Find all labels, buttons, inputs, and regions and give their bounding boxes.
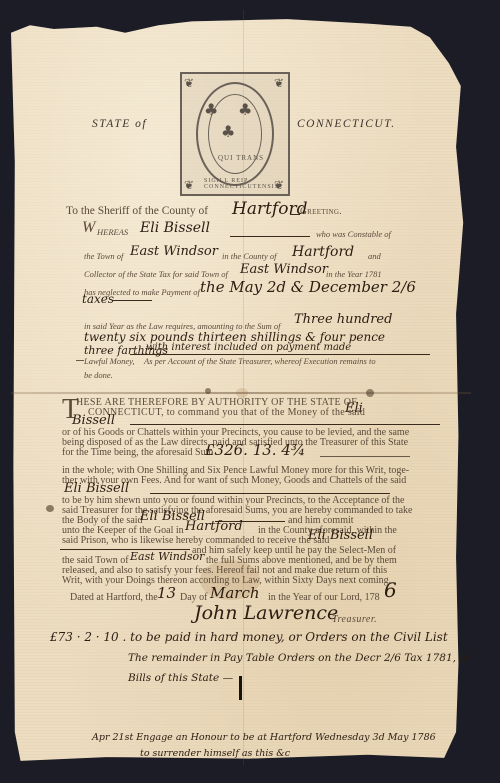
ink-mark [239, 676, 242, 700]
dated-day: 13 [157, 584, 176, 602]
whereas-and: and [368, 250, 381, 262]
whereas-payment-of: the May 2d & December 2/6 [200, 278, 416, 296]
endorsement-line-1: Apr 21st Engage an Honour to be at Hartf… [92, 732, 436, 743]
seal-motto: SIGILL REIP CONNECTICUTENSIS [204, 178, 288, 190]
command-line-2: CONNECTICUT, to command you that of the … [88, 407, 365, 419]
grapevine-icon: ♣ [221, 122, 235, 141]
sum-lawful-money: Lawful Money, [84, 355, 135, 367]
greeting-county: Hartford [232, 199, 307, 219]
treasurer-title: Treasurer. [332, 614, 377, 626]
header-state-of: STATE of [92, 118, 147, 130]
whereas-county-prefix: in the County of [222, 250, 277, 262]
dated-year-digit: 6 [384, 578, 397, 602]
whereas-taxes: taxes [82, 292, 114, 306]
grapevine-icon: ♣ [204, 100, 218, 119]
command-line-5: for the Time being, the aforesaid Sum [62, 447, 213, 459]
rule [130, 424, 440, 425]
whereas-county: Hartford [292, 244, 354, 260]
sum-words-1: Three hundred [294, 312, 392, 327]
whereas-collector-town: East Windsor [240, 262, 328, 277]
greeting-suffix: Greeting. [300, 206, 342, 218]
state-seal: ♣ ♣ ♣ ❦ ❦ ❦ ❦ QUI TRANS SIGILL REIP CONN… [180, 72, 290, 196]
whereas-town-prefix: the Town of [84, 250, 123, 262]
scroll-ornament-icon: ❦ [184, 76, 194, 90]
sum-interest-note: with interest included on payment made [146, 342, 351, 353]
whereas-constable: who was Constable of [316, 228, 391, 240]
rule [320, 456, 410, 457]
rule [76, 360, 84, 361]
command-goal-town: Hartford [185, 519, 243, 534]
stain [205, 388, 211, 394]
dated-prefix: Dated at Hartford, the [70, 592, 158, 604]
command-name-1: Eli [345, 401, 363, 416]
command-town: East Windsor [130, 550, 204, 563]
greeting-prefix: To the Sheriff of the County of [66, 205, 208, 217]
annotation-line-2: The remainder in Pay Table Orders on the… [128, 652, 471, 664]
annotation-line-1: £73 · 2 · 10 . to be paid in hard money,… [50, 630, 448, 644]
endorsement-line-2: to surrender himself as this &c [140, 748, 290, 759]
sum-account: As per Account of the State Treasurer, w… [144, 355, 376, 367]
stain [46, 505, 54, 512]
treasurer-signature: John Lawrence [194, 602, 338, 624]
rule [290, 214, 300, 215]
rule [150, 493, 390, 494]
command-name-2: Bissell [72, 413, 115, 428]
stain [366, 389, 374, 397]
seal-banner: QUI TRANS [218, 154, 264, 162]
grapevine-icon: ♣ [238, 100, 252, 119]
scroll-ornament-icon: ❦ [274, 76, 284, 90]
whereas-town: East Windsor [130, 244, 218, 259]
command-sum: £326. 13. 4¾ [205, 441, 305, 459]
scroll-ornament-icon: ❦ [184, 178, 194, 192]
sum-be-done: be done. [84, 369, 113, 381]
command-name-5: Eli Bissell [308, 528, 373, 543]
rule [230, 236, 310, 237]
annotation-line-3: Bills of this State — [128, 672, 233, 684]
whereas-lead: HEREAS [97, 226, 128, 238]
command-name-3: Eli Bissell [64, 481, 129, 496]
whereas-drop-letter: W [82, 220, 95, 236]
rule [112, 300, 152, 301]
whereas-name: Eli Bissell [140, 220, 210, 236]
header-connecticut: CONNECTICUT. [297, 118, 396, 130]
dated-month: March [210, 584, 260, 602]
